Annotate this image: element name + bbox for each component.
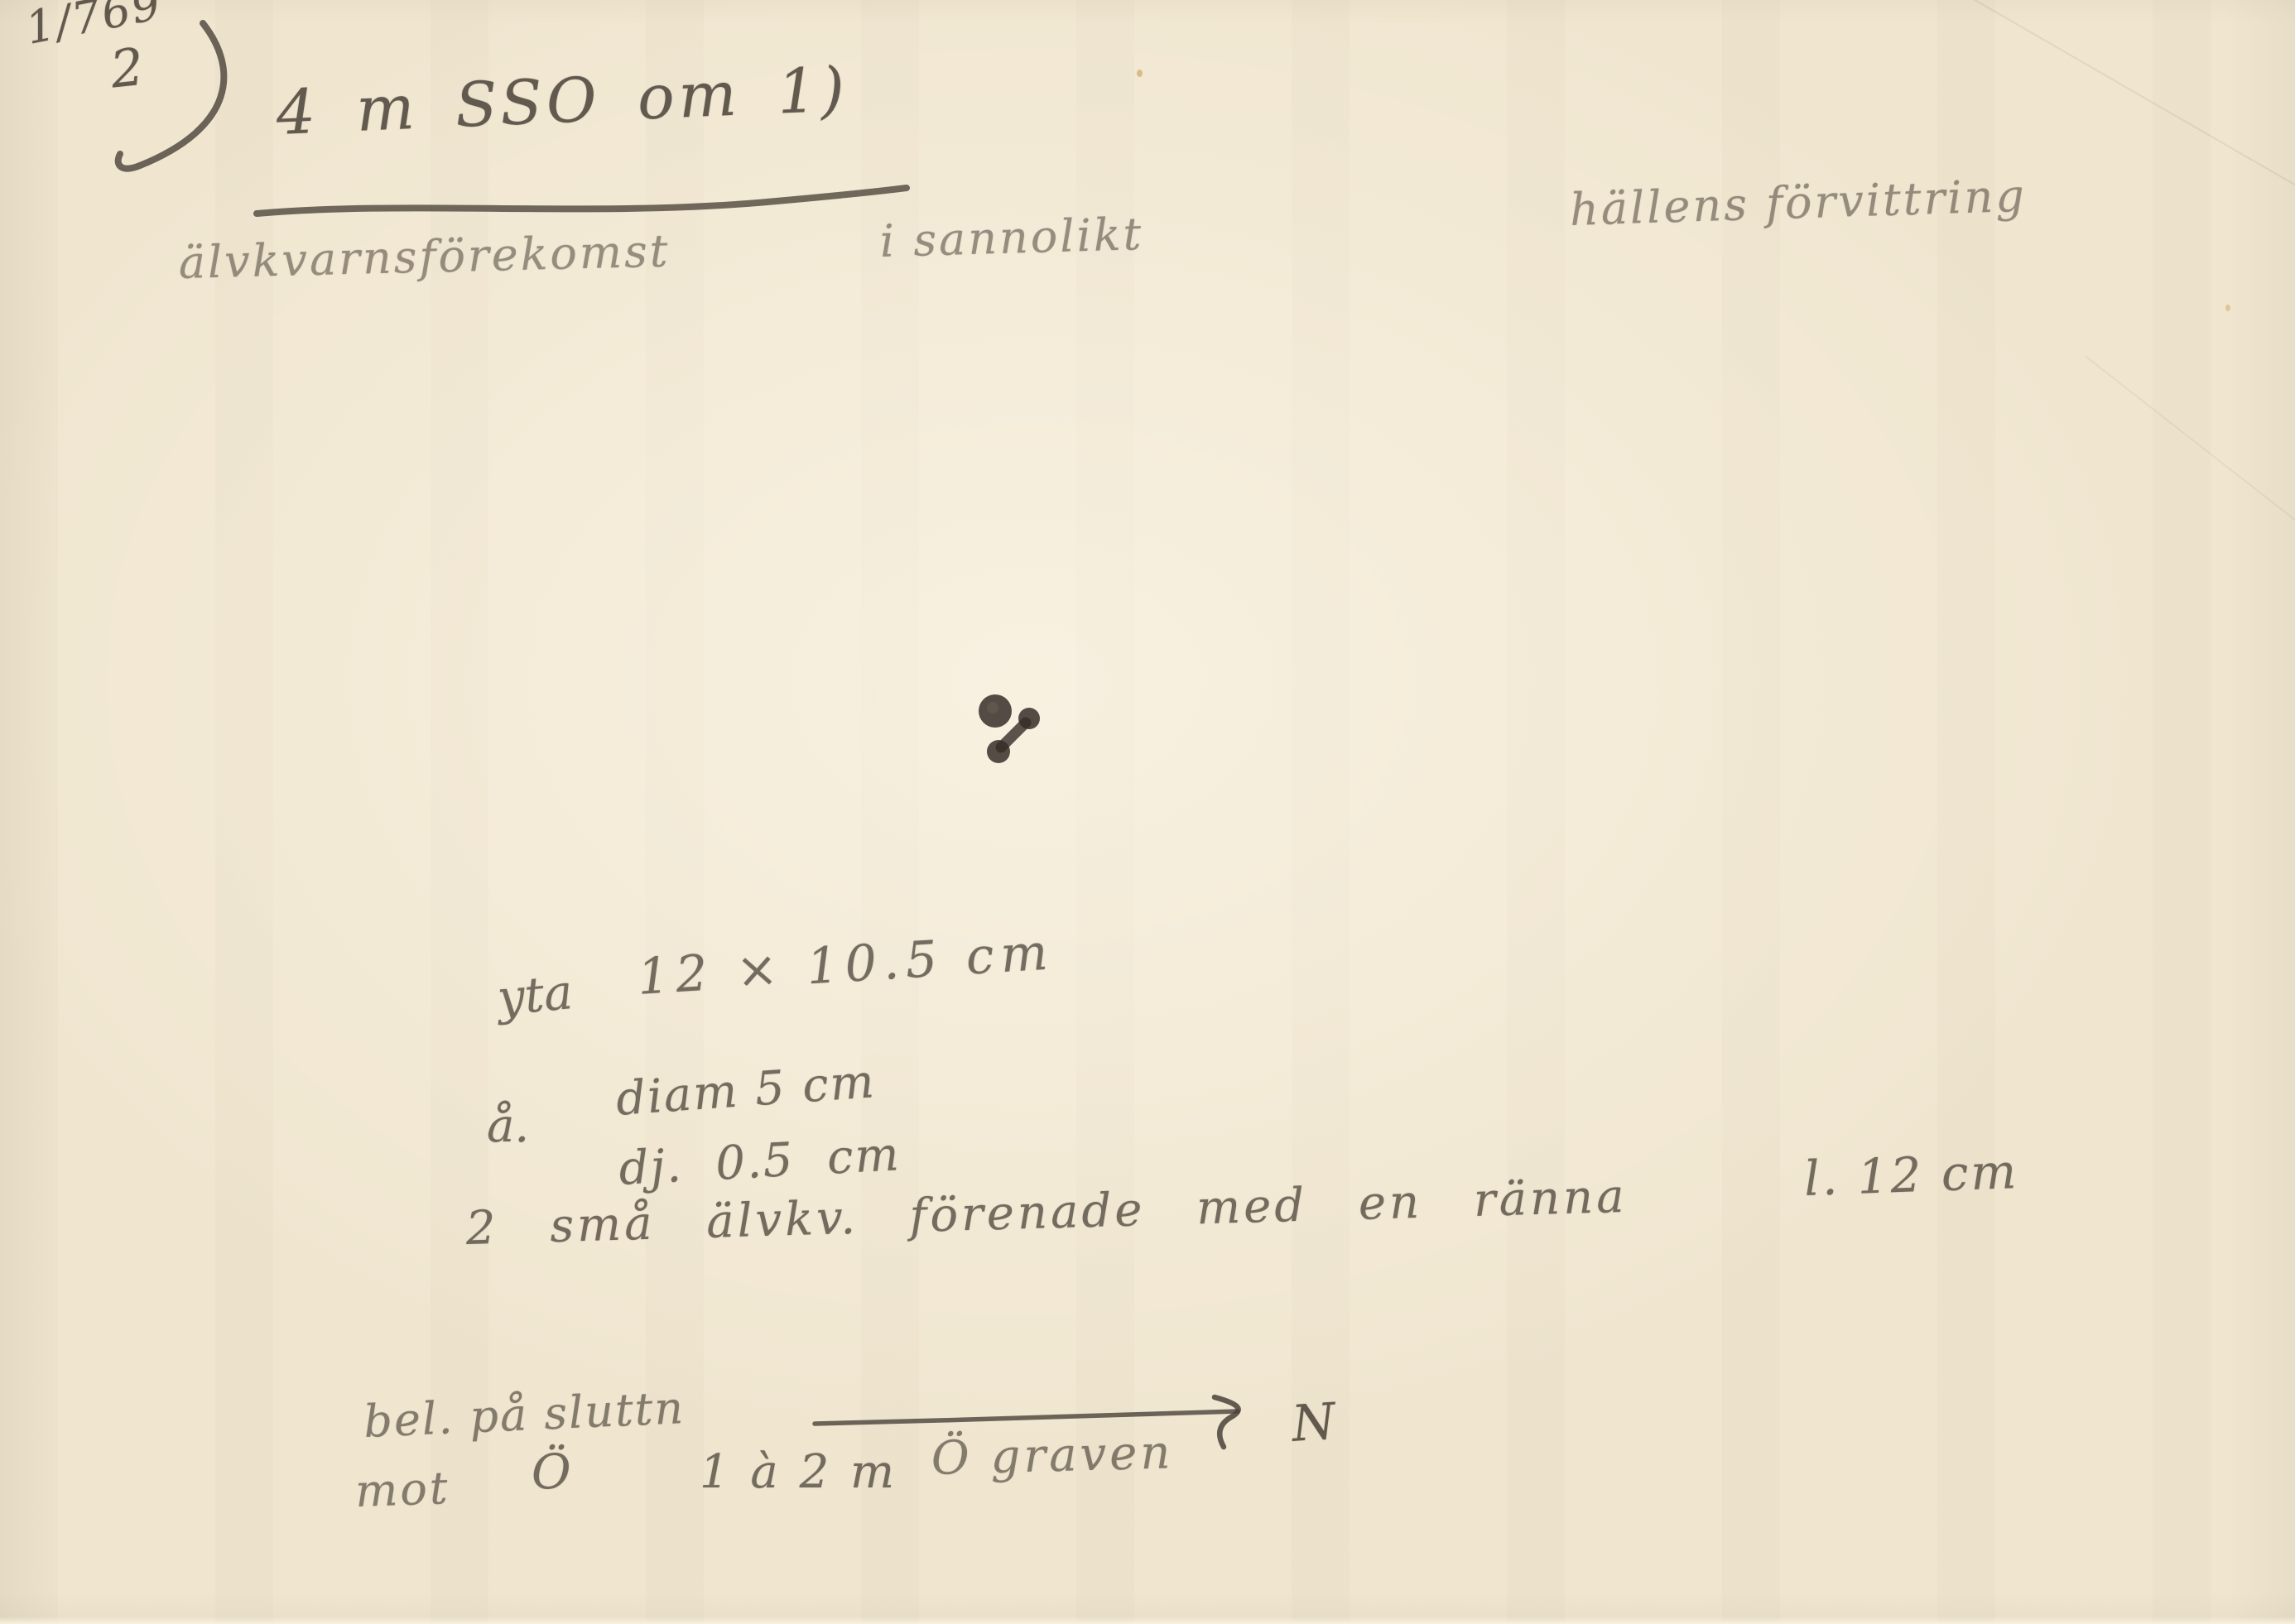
description-part-2: i sannolikt: [879, 208, 1144, 267]
cup-diameter: diam 5 cm: [614, 1055, 878, 1127]
cup-marks-sketch: [970, 689, 1053, 776]
description-part-1: älvkvarnsförekomst: [178, 224, 671, 288]
cup-depth: dj. 0.5 cm: [618, 1127, 902, 1196]
cup-label: å.: [487, 1099, 529, 1153]
description-part-3: hällens förvittring: [1569, 170, 2028, 236]
distance-note: 1 à 2 m: [700, 1445, 894, 1499]
page-bottom-edge: [0, 1617, 2295, 1624]
north-label: N: [1290, 1392, 1337, 1453]
closing-paren-stroke: [79, 18, 244, 192]
grave-reference: Ö graven: [931, 1425, 1174, 1486]
direction-word: mot: [354, 1462, 451, 1517]
surface-value: 12 × 10.5 cm: [636, 923, 1056, 1007]
page-title: 4 m SSO om 1): [275, 54, 850, 149]
channel-length: l. 12 cm: [1803, 1143, 2019, 1207]
paper-crease: [2086, 356, 2295, 571]
paper-speck: [1137, 70, 1143, 77]
direction-compass: Ö: [532, 1444, 571, 1500]
paper-speck: [2225, 305, 2230, 311]
scanned-note-page: { "colors": { "paper": "#f0e6d0", "penci…: [0, 0, 2295, 1624]
title-underline-stroke: [253, 180, 915, 222]
situation-note: bel. på sluttn: [363, 1381, 686, 1448]
surface-label: yta: [495, 963, 575, 1026]
